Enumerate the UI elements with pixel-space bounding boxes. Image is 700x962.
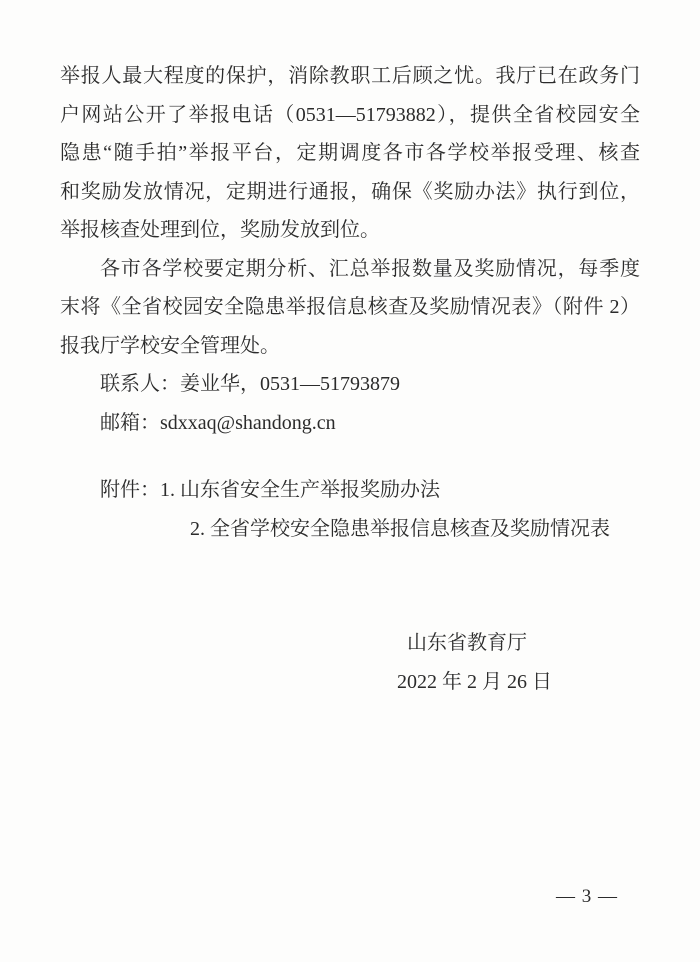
paragraph1-line-1: 举报人最大程度的保护，消除教职工后顾之忧。我厅已在政务门 [60,57,640,96]
paragraph2-line-3: 报我厅学校安全管理处。 [60,327,640,366]
paragraph1-line-2: 户网站公开了举报电话（0531—51793882），提供全省校园安全 [60,96,640,135]
paragraph1-line-4: 和奖励发放情况，定期进行通报，确保《奖励办法》执行到位， [60,173,640,212]
contact-person-line: 联系人：姜业华，0531—51793879 [60,365,640,404]
attachment-item-1: 附件：1. 山东省安全生产举报奖励办法 [60,471,640,510]
page-number: — 3 — [556,886,618,908]
paragraph2-line-1: 各市各学校要定期分析、汇总举报数量及奖励情况，每季度 [60,250,640,289]
scanned-document-page: 举报人最大程度的保护，消除教职工后顾之忧。我厅已在政务门 户网站公开了举报电话（… [0,0,700,962]
contact-email-line: 邮箱：sdxxaq@shandong.cn [60,404,640,443]
paragraph1-line-5: 举报核查处理到位，奖励发放到位。 [60,211,640,250]
issuing-authority: 山东省教育厅 [60,624,640,663]
document-body: 举报人最大程度的保护，消除教职工后顾之忧。我厅已在政务门 户网站公开了举报电话（… [60,57,640,701]
paragraph1-line-3: 隐患“随手拍”举报平台，定期调度各市各学校举报受理、核查 [60,134,640,173]
issue-date: 2022 年 2 月 26 日 [60,663,640,702]
paragraph2-line-2: 末将《全省校园安全隐患举报信息核查及奖励情况表》（附件 2） [60,288,640,327]
attachment-item-2: 2. 全省学校安全隐患举报信息核查及奖励情况表 [60,510,640,549]
